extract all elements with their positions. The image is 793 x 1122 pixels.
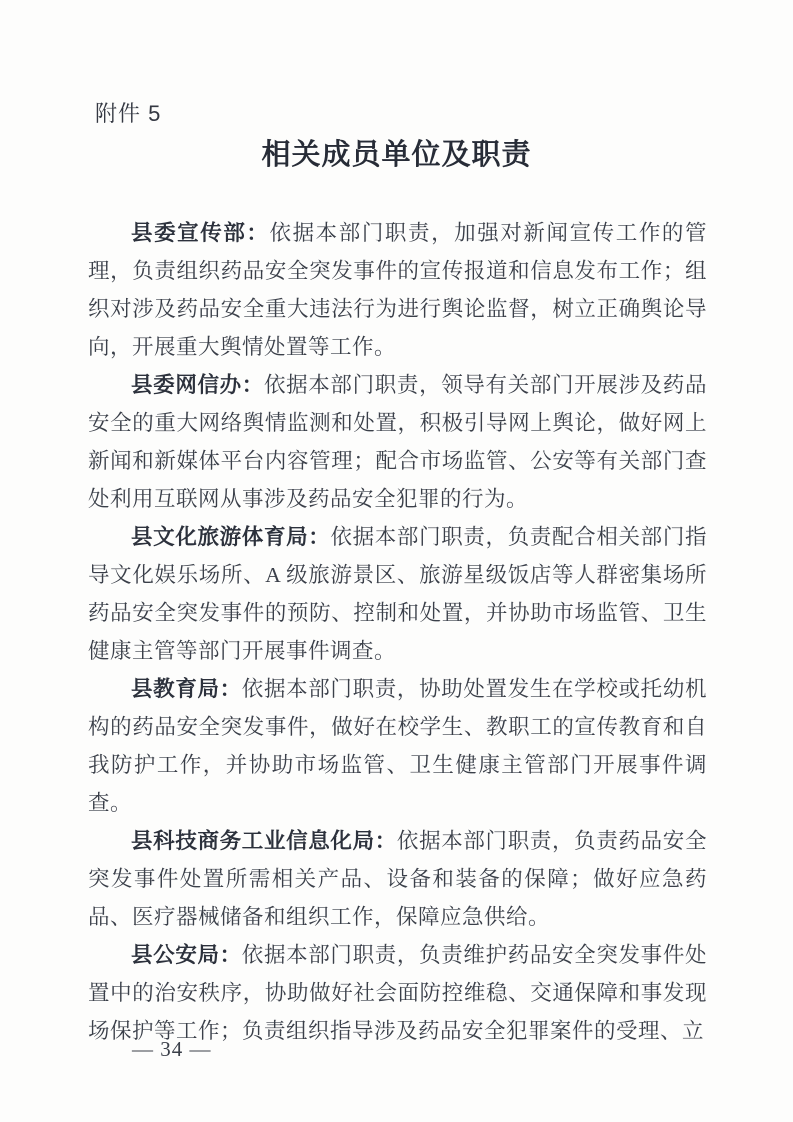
org-name-sci-tech-commerce-industry-bureau: 县科技商务工业信息化局： bbox=[131, 829, 397, 853]
paragraph-cyberspace-office: 县委网信办：依据本部门职责，领导有关部门开展涉及药品安全的重大网络舆情监测和处置… bbox=[88, 366, 707, 518]
org-name-education-bureau: 县教育局： bbox=[131, 677, 242, 701]
attachment-label: 附件 5 bbox=[95, 99, 161, 129]
org-name-culture-tourism-sports-bureau: 县文化旅游体育局： bbox=[131, 525, 330, 549]
org-name-cyberspace-office: 县委网信办： bbox=[131, 373, 264, 397]
paragraph-propaganda-dept: 县委宣传部：依据本部门职责，加强对新闻宣传工作的管理，负责组织药品安全突发事件的… bbox=[88, 214, 707, 366]
document-title: 相关成员单位及职责 bbox=[0, 136, 793, 174]
paragraph-culture-tourism-sports-bureau: 县文化旅游体育局：依据本部门职责，负责配合相关部门指导文化娱乐场所、A 级旅游景… bbox=[88, 518, 707, 670]
paragraph-education-bureau: 县教育局：依据本部门职责，协助处置发生在学校或托幼机构的药品安全突发事件，做好在… bbox=[88, 670, 707, 822]
document-body: 县委宣传部：依据本部门职责，加强对新闻宣传工作的管理，负责组织药品安全突发事件的… bbox=[88, 214, 707, 1050]
paragraph-public-security-bureau: 县公安局：依据本部门职责，负责维护药品安全突发事件处置中的治安秩序，协助做好社会… bbox=[88, 936, 707, 1050]
document-page: 附件 5 相关成员单位及职责 县委宣传部：依据本部门职责，加强对新闻宣传工作的管… bbox=[0, 0, 793, 1122]
org-name-public-security-bureau: 县公安局： bbox=[131, 943, 242, 967]
paragraph-sci-tech-commerce-industry-bureau: 县科技商务工业信息化局：依据本部门职责，负责药品安全突发事件处置所需相关产品、设… bbox=[88, 822, 707, 936]
org-name-propaganda-dept: 县委宣传部： bbox=[131, 221, 270, 245]
page-number: — 34 — bbox=[132, 1037, 212, 1061]
